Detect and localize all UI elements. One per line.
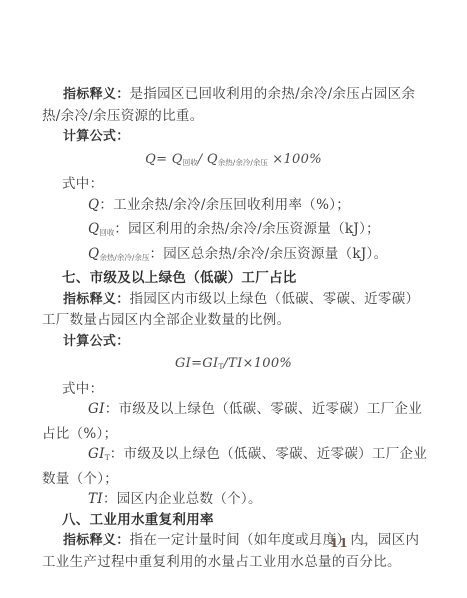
page-content: 指标释义：是指园区已回收利用的余热/余冷/余压占园区余 热/余冷/余压资源的比重… [42,84,425,572]
s6-definition-line2: 热/余冷/余压资源的比重。 [42,106,425,127]
s6-formula-numerator-subscript: 回收 [183,158,198,167]
s7-formula-label: 计算公式： [63,334,130,349]
document-page: 指标释义：是指园区已回收利用的余热/余冷/余压占园区余 热/余冷/余压资源的比重… [0,0,467,598]
s6-term1-symbol: Q [88,197,99,213]
s7-term-definition-3: TI：园区内企业总数（个）。 [42,489,425,510]
page-number-dash-right: — [349,536,376,550]
s6-formula-numerator: Q [172,152,183,167]
s7-formula-denominator: TI [228,356,242,371]
s6-formula: Q= Q回收/ Q余热/余冷/余压 ×100% [42,150,425,174]
s7-term-definition-2: GIT：市级及以上绿色（低碳、零碳、近零碳）工厂企业 [42,444,425,469]
s6-term3-symbol: Q [88,246,99,262]
s6-formula-label-line: 计算公式： [42,126,425,148]
s6-formula-label: 计算公式： [63,129,130,144]
s6-term2-subscript: 回收 [99,228,114,237]
s6-term-definition-1: Q：工业余热/余冷/余压回收利用率（%）； [42,195,425,220]
s7-formula-numerator: GI [202,356,218,371]
s8-definition-line2: 工业生产过程中重复利用的水量占工业用水总量的百分比。 [42,552,425,573]
s7-term1-text: ：市级及以上绿色（低碳、零碳、近零碳）工厂企业 [105,401,422,417]
s7-definition-text2: 工厂数量占园区内全部企业数量的比例。 [42,312,290,328]
s6-definition-text2: 热/余冷/余压资源的比重。 [42,108,204,124]
s6-formula-slash: / [198,152,203,167]
s6-formula-denominator: Q [207,152,218,167]
s7-formula-label-line: 计算公式： [42,331,425,353]
section7-heading: 七、市级及以上绿色（低碳）工厂占比 [42,268,425,289]
s7-definition-text1: 指园区内市级以上绿色（低碳、零碳、近零碳） [130,291,420,307]
s6-formula-tail: ×100% [272,152,322,167]
s7-term-definition-2-continuation: 数量（个）； [42,469,425,490]
s6-where-label-line: 式中： [42,174,425,195]
s7-formula-lhs: GI [175,356,191,371]
s6-term-definition-2: Q回收：园区利用的余热/余冷/余压资源量（kJ）； [42,219,425,244]
s7-term1-continuation-text: 占比（%）； [42,426,117,442]
s7-formula-tail: ×100% [243,356,293,371]
s6-formula-lhs: Q [145,152,156,167]
s7-formula-equals: = [191,356,202,371]
s7-term3-text: ：园区内企业总数（个）。 [103,491,262,507]
s7-definition-line2: 工厂数量占园区内全部企业数量的比例。 [42,310,425,331]
s6-term2-symbol: Q [88,221,99,237]
page-number-dash-left: — [303,536,330,550]
s7-term-definition-1-continuation: 占比（%）； [42,424,425,445]
s6-definition-line1: 指标释义：是指园区已回收利用的余热/余冷/余压占园区余 [42,84,425,106]
s7-where-label-line: 式中： [42,379,425,400]
s7-term2-symbol: GI [88,446,105,462]
s8-definition-text2: 工业生产过程中重复利用的水量占工业用水总量的百分比。 [42,554,401,570]
s6-term2-text: ：园区利用的余热/余冷/余压资源量（kJ）； [114,221,380,237]
section8-heading: 八、工业用水重复利用率 [42,510,425,531]
s7-term2-text: ：市级及以上绿色（低碳、零碳、近零碳）工厂企业 [110,446,427,462]
s6-where-label: 式中： [62,176,103,192]
s7-definition-line1: 指标释义：指园区内市级以上绿色（低碳、零碳、近零碳） [42,289,425,311]
s7-term2-continuation-text: 数量（个）； [42,471,118,487]
s6-formula-equals: = [156,152,167,167]
s6-term-definition-3: Q余热/余冷/余压：园区总余热/余冷/余压资源量（kJ）。 [42,244,425,269]
s6-formula-denominator-subscript: 余热/余冷/余压 [218,158,268,167]
s7-definition-label: 指标释义： [63,292,130,307]
s8-definition-text1: 指在一定计量时间（如年度或月度）内，园区内 [130,532,420,548]
page-number: —11— [303,536,376,550]
s6-definition-text1: 是指园区已回收利用的余热/余冷/余压占园区余 [130,86,416,102]
s7-term3-symbol: TI [88,491,103,507]
page-number-value: 11 [330,536,349,550]
s6-term3-subscript: 余热/余冷/余压 [99,253,149,262]
s7-where-label: 式中： [62,381,103,397]
s6-term3-text: ：园区总余热/余冷/余压资源量（kJ）。 [149,246,387,262]
s7-formula: GI=GIT/TI×100% [42,354,425,378]
s6-definition-label: 指标释义： [63,87,130,102]
s6-term1-text: ：工业余热/余冷/余压回收利用率（%）； [99,197,350,213]
s7-term1-symbol: GI [88,401,105,417]
s7-term-definition-1: GI：市级及以上绿色（低碳、零碳、近零碳）工厂企业 [42,399,425,424]
s8-definition-label: 指标释义： [63,533,130,548]
